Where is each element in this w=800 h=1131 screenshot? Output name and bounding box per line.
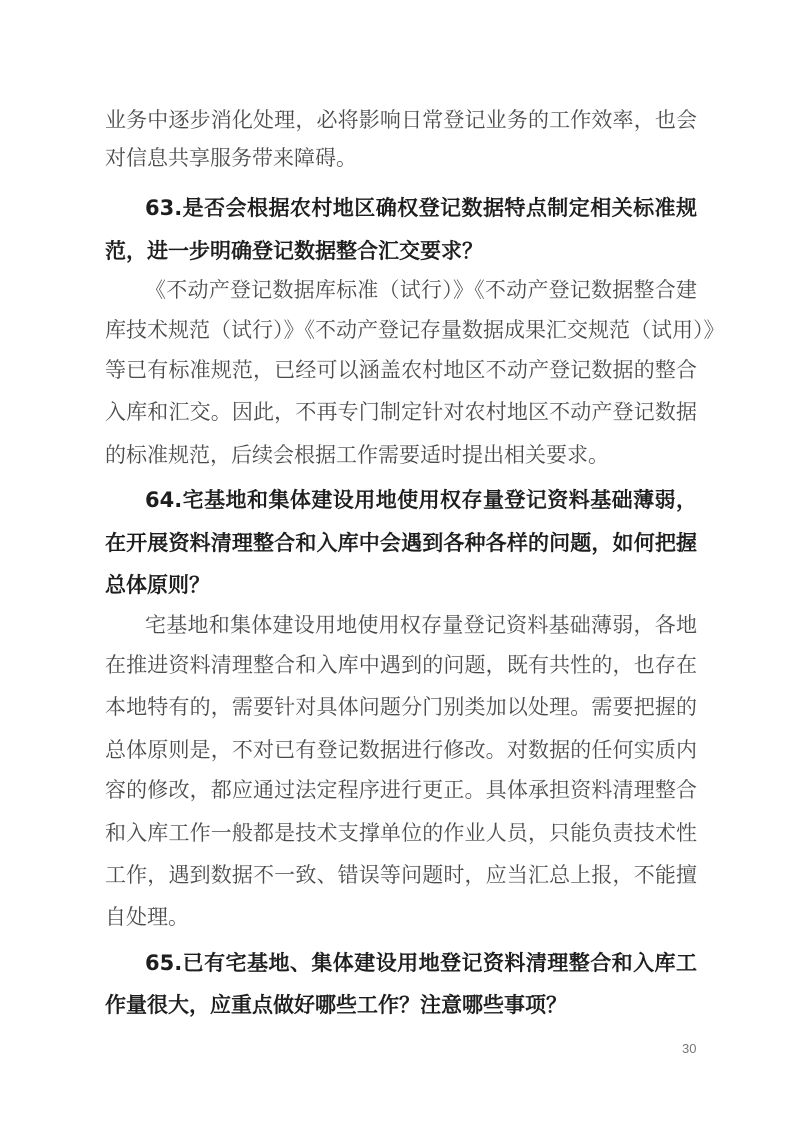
paragraph-line: 业务中逐步消化处理，必将影响日常登记业务的工作效率，也会: [105, 105, 697, 135]
question-heading-line: 在开展资料清理整合和入库中会遇到各种各样的问题，如何把握: [105, 528, 697, 558]
paragraph-line: 等已有标准规范，已经可以涵盖农村地区不动产登记数据的整合: [105, 355, 697, 385]
question-heading-line: 总体原则？: [105, 570, 697, 600]
paragraph-line: 入库和汇交。因此，不再专门制定针对农村地区不动产登记数据: [105, 397, 697, 427]
question-heading-line: 作量很大，应重点做好哪些工作？注意哪些事项？: [105, 990, 697, 1020]
paragraph-line: 库技术规范（试行）》《不动产登记存量数据成果汇交规范（试用）》: [105, 315, 697, 345]
question-heading-line: 65.已有宅基地、集体建设用地登记资料清理整合和入库工: [145, 948, 697, 978]
paragraph-line: 在推进资料清理整合和入库中遇到的问题，既有共性的，也存在: [105, 650, 697, 680]
paragraph-line: 总体原则是，不对已有登记数据进行修改。对数据的任何实质内: [105, 735, 697, 765]
question-heading-line: 64.宅基地和集体建设用地使用权存量登记资料基础薄弱，: [145, 485, 697, 515]
document-page: 业务中逐步消化处理，必将影响日常登记业务的工作效率，也会对信息共享服务带来障碍。…: [0, 0, 800, 1131]
paragraph-line: 自处理。: [105, 902, 697, 932]
question-heading-line: 63.是否会根据农村地区确权登记数据特点制定相关标准规: [145, 193, 697, 223]
paragraph-line: 工作，遇到数据不一致、错误等问题时，应当汇总上报，不能擅: [105, 860, 697, 890]
question-heading-line: 范，进一步明确登记数据整合汇交要求？: [105, 236, 697, 266]
paragraph-line: 本地特有的，需要针对具体问题分门别类加以处理。需要把握的: [105, 692, 697, 722]
paragraph-line: 容的修改，都应通过法定程序进行更正。具体承担资料清理整合: [105, 775, 697, 805]
page-number: 30: [682, 1041, 696, 1056]
paragraph-line: 和入库工作一般都是技术支撑单位的作业人员，只能负责技术性: [105, 818, 697, 848]
paragraph-line: 对信息共享服务带来障碍。: [105, 143, 697, 173]
paragraph-line: 《不动产登记数据库标准（试行）》《不动产登记数据整合建: [145, 275, 697, 305]
paragraph-line: 宅基地和集体建设用地使用权存量登记资料基础薄弱，各地: [145, 610, 697, 640]
paragraph-line: 的标准规范，后续会根据工作需要适时提出相关要求。: [105, 440, 697, 470]
